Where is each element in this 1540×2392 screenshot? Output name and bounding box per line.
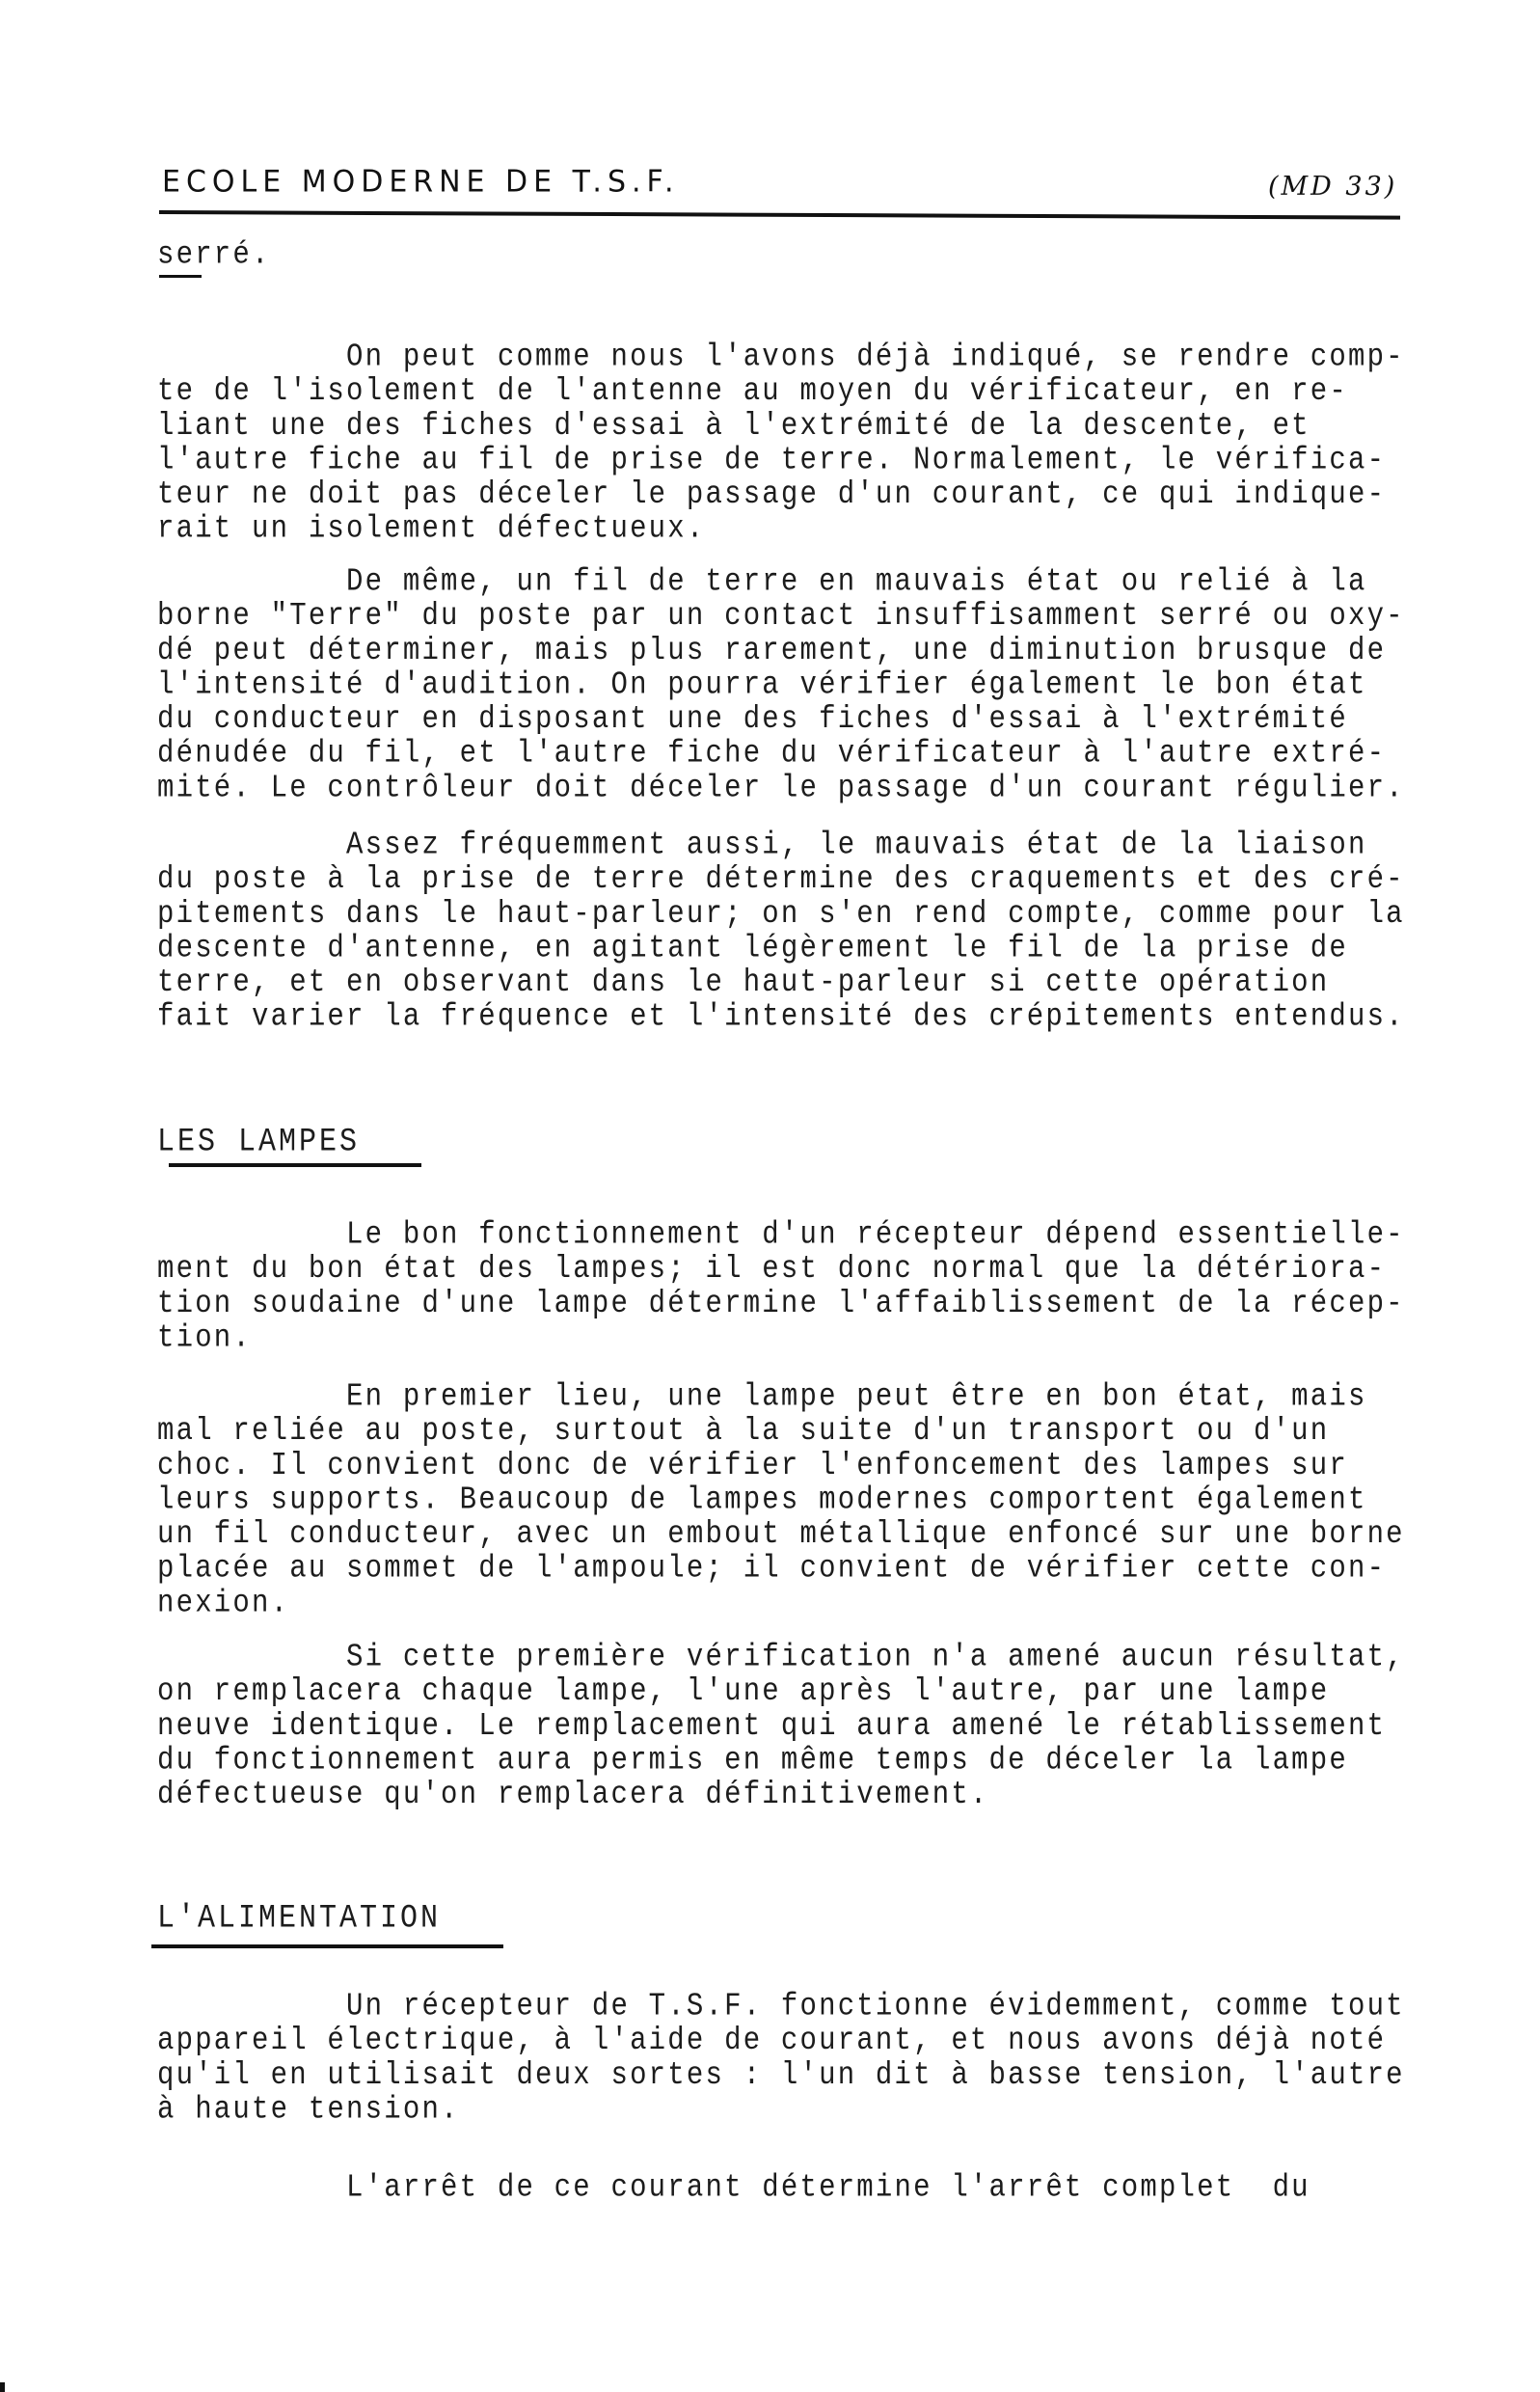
text-line: choc. Il convient donc de vérifier l'enf… [157,1448,1405,1482]
carryover-underline [159,275,202,278]
text-line: dé peut déterminer, mais plus rarement, … [157,633,1405,667]
text-line: rait un isolement défectueux. [157,511,1405,546]
paragraph-ground-wire: De même, un fil de terre en mauvais état… [157,564,1405,805]
text-line: l'autre fiche au fil de prise de terre. … [157,443,1405,477]
text-line: Le bon fonctionnement d'un récepteur dép… [157,1217,1405,1252]
text-line: borne "Terre" du poste par un contact in… [157,599,1405,634]
paragraph-lamps-intro: Le bon fonctionnement d'un récepteur dép… [157,1217,1405,1355]
text-line: nexion. [157,1586,1405,1620]
text-line: qu'il en utilisait deux sortes : l'un di… [157,2057,1405,2092]
text-line: teur ne doit pas déceler le passage d'un… [157,477,1405,512]
section-underline-alimentation [151,1944,503,1948]
paragraph-power-interruption: L'arrêt de ce courant détermine l'arrêt … [157,2170,1310,2205]
text-line: mal reliée au poste, surtout à la suite … [157,1414,1405,1449]
header-rule [159,210,1400,220]
paragraph-lamps-replacement: Si cette première vérification n'a amené… [157,1640,1405,1811]
text-line: dénudée du fil, et l'autre fiche du véri… [157,736,1405,771]
text-line: De même, un fil de terre en mauvais état… [157,564,1405,599]
text-line: mité. Le contrôleur doit déceler le pass… [157,771,1405,805]
paragraph-crackling: Assez fréquemment aussi, le mauvais état… [157,828,1405,1034]
text-line: un fil conducteur, avec un embout métall… [157,1517,1405,1552]
header-title: ECOLE MODERNE DE T.S.F. [162,164,680,200]
text-line: On peut comme nous l'avons déjà indiqué,… [157,340,1405,374]
text-line: à haute tension. [157,2092,1405,2127]
text-line: tion. [157,1320,1405,1355]
text-line: l'intensité d'audition. On pourra vérifi… [157,667,1405,702]
document-code: (MD 33) [1268,172,1397,202]
paragraph-antenna-insulation: On peut comme nous l'avons déjà indiqué,… [157,340,1405,546]
section-underline-lampes [169,1163,421,1167]
text-line: Un récepteur de T.S.F. fonctionne évidem… [157,1989,1405,2024]
text-line: on remplacera chaque lampe, l'une après … [157,1674,1405,1709]
text-line: descente d'antenne, en agitant légèremen… [157,931,1405,965]
scan-mark [0,2382,5,2392]
text-line: placée au sommet de l'ampoule; il convie… [157,1551,1405,1586]
text-line: liant une des fiches d'essai à l'extrémi… [157,408,1405,443]
text-line: te de l'isolement de l'antenne au moyen … [157,374,1405,409]
paragraph-power-supply: Un récepteur de T.S.F. fonctionne évidem… [157,1989,1405,2127]
text-line: Assez fréquemment aussi, le mauvais état… [157,828,1405,862]
text-line: L'arrêt de ce courant détermine l'arrêt … [157,2170,1310,2205]
paragraph-lamps-connection: En premier lieu, une lampe peut être en … [157,1379,1405,1620]
text-line: défectueuse qu'on remplacera définitivem… [157,1778,1405,1812]
text-line: leurs supports. Beaucoup de lampes moder… [157,1482,1405,1517]
text-line: du poste à la prise de terre détermine d… [157,862,1405,897]
text-line: tion soudaine d'une lampe détermine l'af… [157,1286,1405,1320]
text-line: du conducteur en disposant une des fiche… [157,702,1405,737]
text-line: fait varier la fréquence et l'intensité … [157,999,1405,1034]
text-line: En premier lieu, une lampe peut être en … [157,1379,1405,1414]
text-line: appareil électrique, à l'aide de courant… [157,2024,1405,2058]
text-line: terre, et en observant dans le haut-parl… [157,965,1405,1000]
text-line: ment du bon état des lampes; il est donc… [157,1252,1405,1287]
document-page: ECOLE MODERNE DE T.S.F. (MD 33) serré. O… [0,0,1540,2392]
text-line: neuve identique. Le remplacement qui aur… [157,1708,1405,1743]
section-title-alimentation: L'ALIMENTATION [157,1900,441,1938]
text-line: Si cette première vérification n'a amené… [157,1640,1405,1674]
section-title-lampes: LES LAMPES [157,1124,360,1161]
carryover-text: serré. [157,237,271,272]
text-line: du fonctionnement aura permis en même te… [157,1743,1405,1778]
text-line: pitements dans le haut-parleur; on s'en … [157,896,1405,931]
